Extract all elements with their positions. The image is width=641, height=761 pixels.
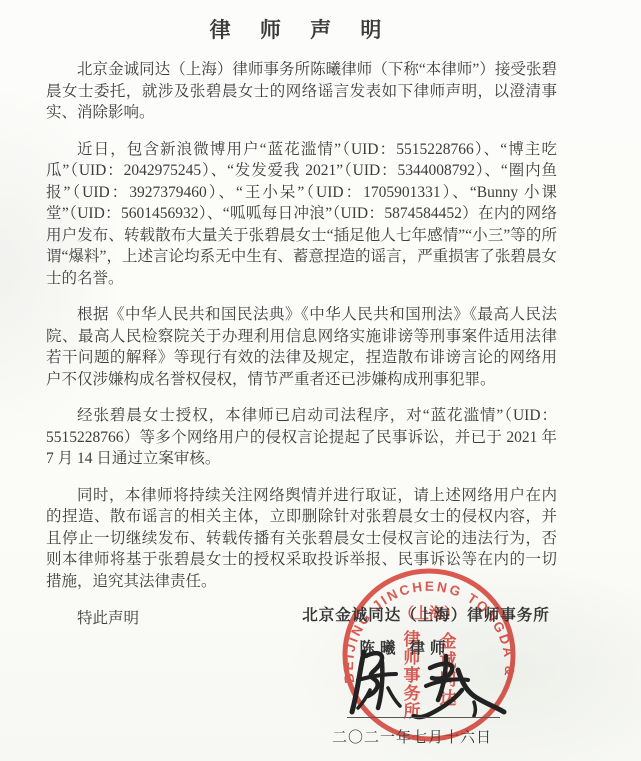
- legal-statement-document: 律 师 声 明 北京金诚同达（上海）律师事务所陈曦律师（下称“本律师”）接受张碧…: [0, 0, 641, 761]
- signature-underline: [347, 717, 500, 718]
- law-firm-name: 北京金诚同达（上海）律师事务所: [294, 603, 558, 625]
- paragraph-legal-basis: 根据《中华人民共和国民法典》《中华人民共和国刑法》《最高人民法院、最高人民检察院…: [46, 304, 557, 390]
- document-title: 律 师 声 明: [46, 14, 557, 44]
- paragraph-lawsuit-filed: 经张碧晨女士授权，本律师已启动司法程序，对“蓝花滥情”（UID：55152287…: [46, 405, 557, 470]
- handwritten-signature: [334, 646, 512, 724]
- signature-date: 二〇二一年七月十六日: [330, 726, 494, 747]
- paragraph-intro: 北京金诚同达（上海）律师事务所陈曦律师（下称“本律师”）接受张碧晨女士委托，就涉…: [46, 59, 557, 124]
- paragraph-accused-accounts: 近日，包含新浪微博用户“蓝花滥情”（UID：5515228766）、“博主吃瓜”…: [46, 139, 557, 290]
